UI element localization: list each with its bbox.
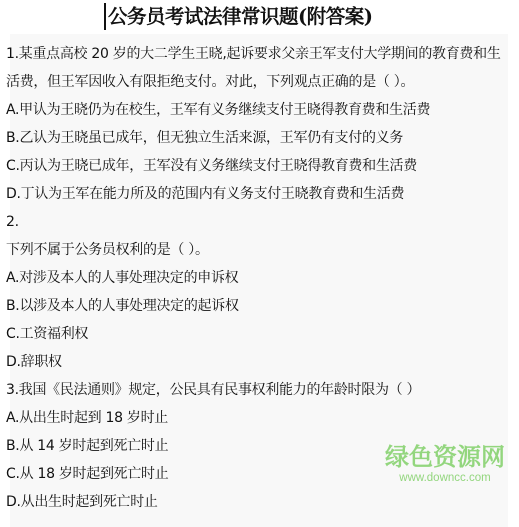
q2-option-b: B.以涉及本人的人事处理决定的起诉权 (6, 296, 239, 316)
watermark-brand: 绿色资源网 (385, 443, 505, 471)
q1-option-a: A.甲认为王晓仍为在校生，王军有义务继续支付王晓得教育费和生活费 (6, 100, 430, 120)
title-row: 公务员考试法律常识题(附答案) (0, 0, 519, 34)
q1-option-d: D.丁认为王军在能力所及的范围内有义务支付王晓教育费和生活费 (6, 184, 404, 204)
watermark-url: www.downcc.com (385, 471, 505, 485)
q1-stem-line-1: 1.某重点高校 20 岁的大二学生王晓,起诉要求父亲王军支付大学期间的教育费和生 (6, 44, 501, 64)
q2-stem: 下列不属于公务员权利的是（ ）。 (6, 240, 209, 260)
text-cursor-bar (104, 3, 106, 30)
watermark: 绿色资源网 www.downcc.com (385, 443, 505, 485)
q1-stem-line-2: 活费，但王军因收入有限拒绝支付。对此，下列观点正确的是（ ）。 (6, 72, 414, 92)
q2-number: 2. (6, 212, 19, 232)
q3-stem: 3.我国《民法通则》规定，公民具有民事权利能力的年龄时限为（ ） (6, 380, 420, 400)
q3-option-c: C.从 18 岁时起到死亡时止 (6, 464, 168, 484)
q1-option-b: B.乙认为王晓虽已成年，但无独立生活来源，王军仍有支付的义务 (6, 128, 403, 148)
q3-option-b: B.从 14 岁时起到死亡时止 (6, 436, 168, 456)
q2-option-c: C.工资福利权 (6, 324, 88, 344)
q1-option-c: C.丙认为王晓已成年，王军没有义务继续支付王晓得教育费和生活费 (6, 156, 417, 176)
q2-option-a: A.对涉及本人的人事处理决定的申诉权 (6, 268, 238, 288)
q3-option-d: D.从出生时起到死亡时止 (6, 492, 158, 512)
document-title: 公务员考试法律常识题(附答案) (108, 3, 372, 30)
q2-option-d: D.辞职权 (6, 352, 62, 372)
q3-option-a: A.从出生时起到 18 岁时止 (6, 408, 168, 428)
